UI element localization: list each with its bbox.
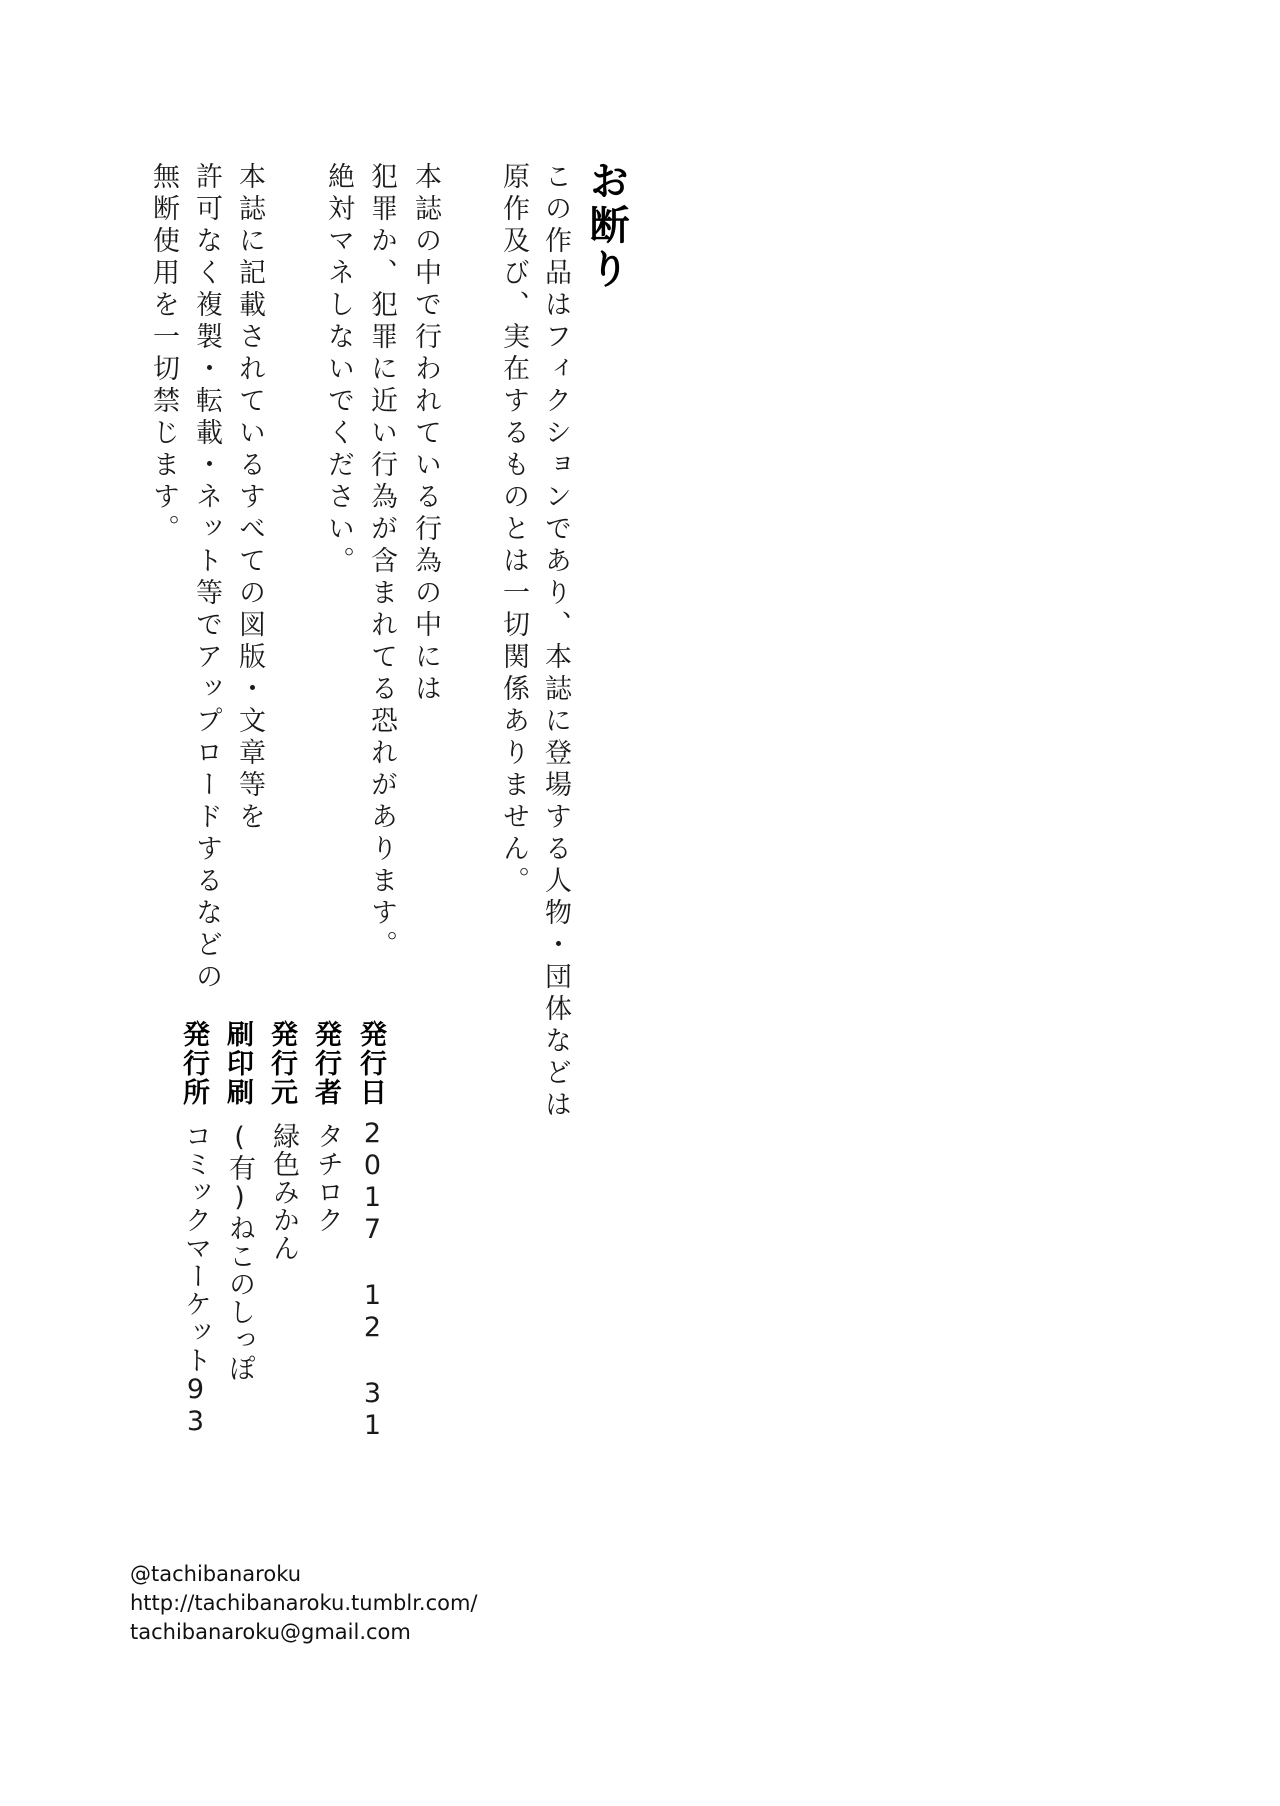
date-year: 2017 — [357, 1118, 387, 1246]
contact-email: tachibanaroku@gmail.com — [130, 1618, 478, 1647]
contact-website: http://tachibanaroku.tumblr.com/ — [130, 1589, 478, 1618]
disclaimer-title: お断り — [586, 160, 626, 292]
disclaimer-p3-line3: 無断使用を一切禁じます。 — [150, 162, 177, 546]
disclaimer-p1-line2: 原作及び、実在するものとは一切関係ありません。 — [500, 162, 527, 898]
colophon-label-date: 発行日 — [357, 1020, 384, 1107]
colophon-value-issuer: 緑色みかん — [270, 1122, 297, 1262]
colophon-label-printer: 刷印刷 — [224, 1020, 251, 1107]
colophon-label-publisher: 発行者 — [312, 1020, 339, 1107]
disclaimer-p3-line1: 本誌に記載されているすべての図版・文章等を — [236, 162, 263, 834]
contact-block: @tachibanaroku http://tachibanaroku.tumb… — [130, 1560, 478, 1647]
date-month: 12 — [357, 1280, 387, 1344]
disclaimer-p3-line2: 許可なく複製・転載・ネット等でアップロードするなどの — [193, 162, 220, 994]
colophon-label-venue: 発行所 — [180, 1020, 207, 1107]
disclaimer-p1-line1: この作品はフィクションであり、本誌に登場する人物・団体などは — [542, 162, 569, 1122]
colophon-value-publisher: タチロク — [314, 1122, 341, 1234]
date-day: 31 — [357, 1378, 387, 1442]
disclaimer-p2-line3: 絶対マネしないでください。 — [325, 162, 352, 578]
colophon-value-venue: コミックマーケット93 — [182, 1122, 209, 1438]
contact-twitter: @tachibanaroku — [130, 1560, 478, 1589]
colophon-label-issuer: 発行元 — [268, 1020, 295, 1107]
disclaimer-p2-line2: 犯罪か、犯罪に近い行為が含まれてる恐れがあります。 — [368, 162, 395, 962]
colophon-value-date: 2017 12 31 — [357, 1118, 387, 1442]
colophon-value-printer: (有)ねこのしっぽ — [226, 1122, 253, 1382]
disclaimer-p2-line1: 本誌の中で行われている行為の中には — [412, 162, 439, 706]
